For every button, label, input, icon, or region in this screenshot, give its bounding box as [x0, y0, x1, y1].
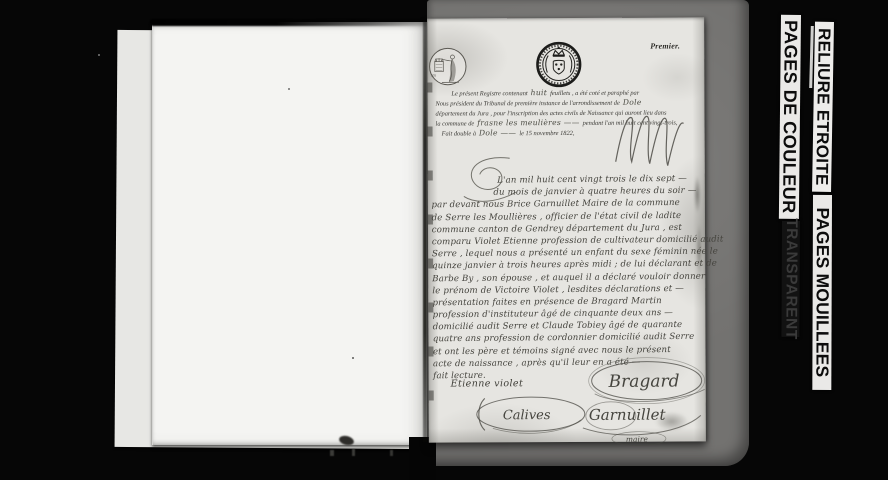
mayor-title-text: maire: [626, 435, 649, 444]
page-top-edge-shadow: [150, 19, 432, 26]
printed-text: la commune de: [436, 120, 475, 127]
stamp-number: 505: [431, 74, 437, 78]
printed-text: Nous président du Tribunal de première i…: [435, 100, 619, 108]
printed-text: feuillets , a été coté et paraphé par: [550, 90, 639, 97]
birth-act-handwritten-text: L'an mil huit cent vingt trois le dix se…: [431, 173, 703, 383]
page-number-label: Premier.: [650, 41, 690, 50]
paraph-flourish: [607, 107, 693, 173]
edge-label-pages-de-couleur: PAGES DE COULEUR: [779, 15, 801, 219]
scanned-register-spread: Premier. 505: [0, 0, 888, 480]
edge-label-reliure-etroite: RELIURE ETROITE: [812, 22, 834, 192]
act-line: le prénom de Victoire Violet , lesdites …: [432, 282, 702, 297]
left-blank-page: [152, 22, 430, 445]
handwritten-insert: frasne les meulières ——: [474, 118, 582, 127]
revenue-stamp-icon: 505: [428, 45, 468, 87]
gutter-shadow: [423, 21, 427, 442]
signature-text: Bragard: [608, 372, 680, 392]
signature-text: Calives: [503, 408, 551, 423]
edge-label-transparent: TRANSPARENT: [781, 221, 800, 337]
handwritten-insert: Dole ——: [476, 128, 519, 137]
handwritten-insert: huit: [528, 88, 551, 97]
handwritten-insert: Dole: [620, 98, 645, 107]
dust-speck: [288, 88, 290, 90]
printed-text: Fait double à: [442, 131, 476, 138]
ink-speck: [390, 450, 393, 456]
board-notch-shadow: [409, 437, 436, 480]
signature-witness2: Calives: [473, 390, 591, 441]
royal-seal-icon: [535, 41, 582, 88]
dust-speck: [98, 54, 100, 56]
signature-father: Etienne violet: [451, 378, 524, 389]
ink-speck: [352, 449, 355, 456]
register-page: Premier. 505: [427, 17, 706, 442]
edge-label-pages-mouillees: PAGES MOUILLEES: [812, 195, 832, 390]
ink-speck: [330, 450, 334, 456]
signature-text: Garnuillet: [589, 406, 667, 424]
printed-text: Le présent Registre contenant: [451, 90, 527, 97]
dust-speck: [352, 357, 354, 359]
signature-mayor: Garnuillet maire: [579, 393, 705, 454]
printed-text: le 15 novembre 1822,: [519, 130, 574, 137]
